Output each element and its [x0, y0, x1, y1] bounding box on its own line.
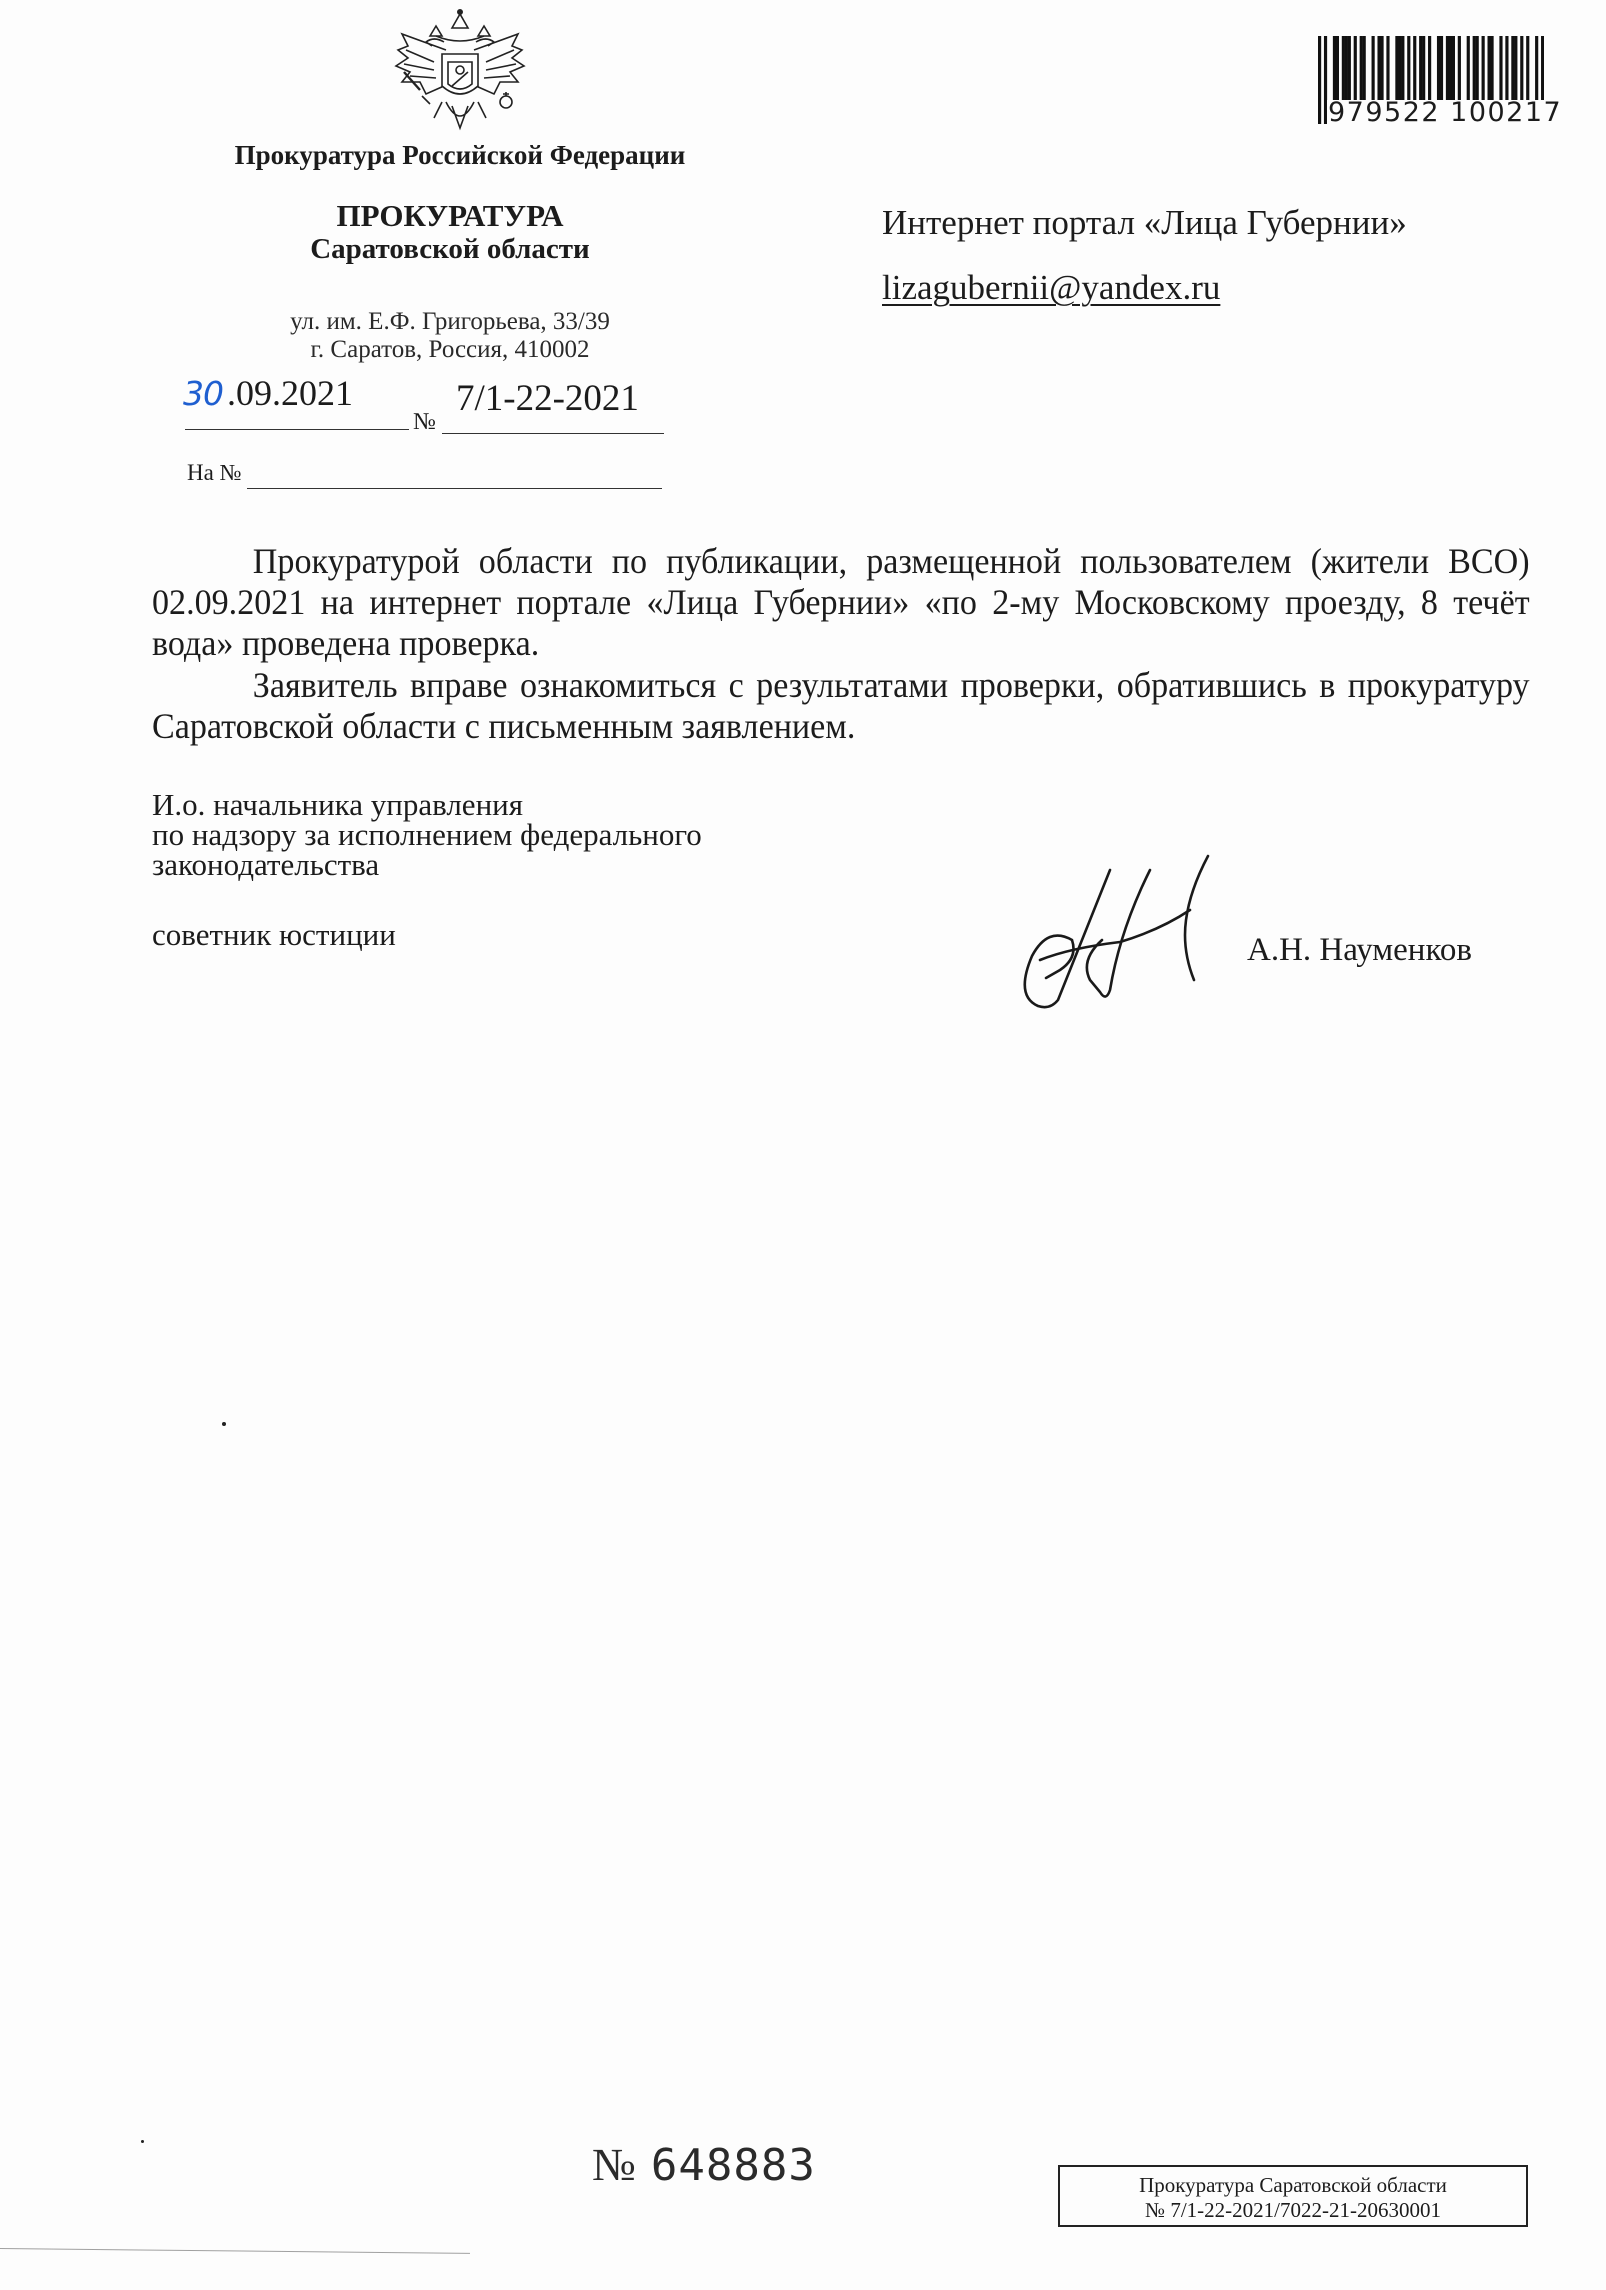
- reply-to-label: На №: [187, 460, 242, 486]
- position-line: И.о. начальника управления: [152, 790, 872, 820]
- date-underline: [185, 429, 409, 430]
- document-date: 30.09.2021: [183, 372, 353, 414]
- date-month-year: .09.2021: [227, 373, 353, 413]
- letter-body: Прокуратурой области по публикации, разм…: [152, 541, 1530, 747]
- signatory-position: И.о. начальника управления по надзору за…: [152, 790, 872, 880]
- scan-edge-line: [0, 2248, 470, 2254]
- body-paragraph: Заявитель вправе ознакомиться с результа…: [152, 665, 1530, 747]
- outgoing-number-underline: [442, 433, 664, 434]
- handwritten-signature-icon: [1010, 830, 1240, 1010]
- org-address-line2: г. Саратов, Россия, 410002: [250, 336, 650, 364]
- registration-stamp: Прокуратура Саратовской области № 7/1-22…: [1058, 2165, 1528, 2227]
- registration-number-value: 648883: [651, 2140, 816, 2191]
- outgoing-number: 7/1-22-2021: [456, 377, 639, 420]
- stamp-line2: № 7/1-22-2021/7022-21-20630001: [1060, 2198, 1526, 2223]
- org-address-line1: ул. им. Е.Ф. Григорьева, 33/39: [250, 308, 650, 336]
- position-line: по надзору за исполнением федерального: [152, 820, 872, 850]
- registration-number-sign: №: [592, 2139, 637, 2190]
- signatory-rank: советник юстиции: [152, 917, 396, 953]
- registration-number: №648883: [592, 2138, 816, 2191]
- addressee-email[interactable]: lizagubernii@yandex.ru: [882, 268, 1220, 308]
- barcode-digits: 979522 100217: [1327, 100, 1563, 126]
- date-day-handwritten: 30: [183, 374, 223, 413]
- body-paragraph: Прокуратурой области по публикации, разм…: [152, 541, 1530, 665]
- org-name: ПРОКУРАТУРА: [250, 198, 650, 234]
- scan-speck: [222, 1422, 226, 1426]
- stamp-line1: Прокуратура Саратовской области: [1060, 2173, 1526, 2198]
- number-sign: №: [413, 409, 436, 436]
- org-region: Саратовской области: [250, 233, 650, 266]
- reply-to-underline: [247, 488, 662, 489]
- russian-coat-of-arms-icon: [386, 6, 534, 134]
- position-line: законодательства: [152, 850, 872, 880]
- signatory-name: А.Н. Науменков: [1247, 932, 1472, 969]
- org-top-title: Прокуратура Российской Федерации: [160, 140, 760, 171]
- scan-speck: [141, 2140, 144, 2143]
- addressee-portal: Интернет портал «Лица Губернии»: [882, 203, 1407, 243]
